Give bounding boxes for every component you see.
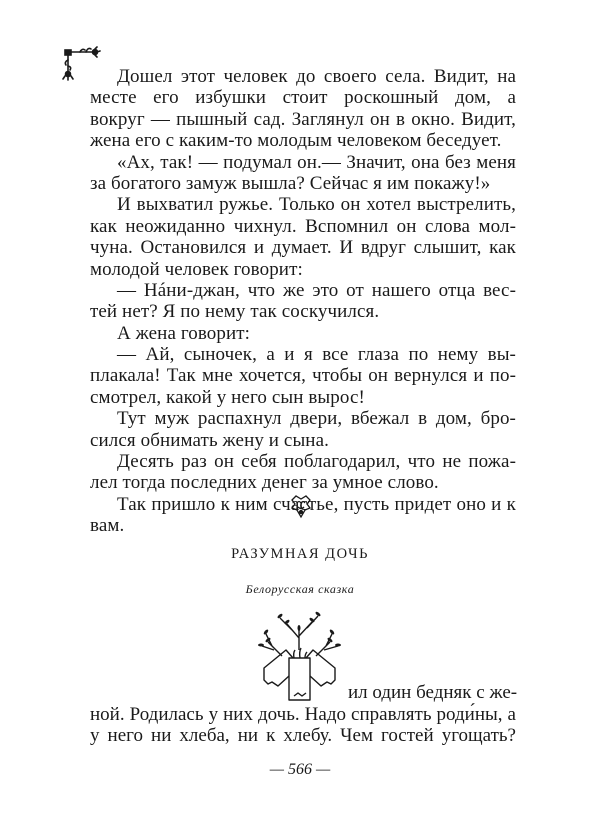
story-title: РАЗУМНАЯ ДОЧЬ <box>0 546 600 563</box>
text-line: — Ай, сыночек, а и я все глаза по нему в… <box>90 344 516 365</box>
text-line: чуна. Остановился и думает. И вдруг слыш… <box>90 237 516 258</box>
text-line: А жена говорит: <box>90 323 516 344</box>
text-line: как неожиданно чихнул. Вспомнил он слова… <box>90 216 516 237</box>
text-line: молодой человек говорит: <box>90 259 516 280</box>
text-line: месте его избушки стоит роскошный дом, а <box>90 87 516 108</box>
text-line: смотрел, какой у него сын вырос! <box>90 387 516 408</box>
leaf-divider-ornament-icon <box>290 494 312 520</box>
text-line: тей нет? Я по нему так соскучился. <box>90 301 516 322</box>
story-line: у него ни хлеба, ни к хлебу. Чем гостей … <box>90 725 516 746</box>
story-subtitle: Белорусская сказка <box>0 582 600 597</box>
text-line: Десять раз он себя поблагодарил, что не … <box>90 451 516 472</box>
new-story-text: ил один бедняк с же- ной. Родилась у них… <box>90 682 516 747</box>
story-line: ной. Родилась у них дочь. Надо справлять… <box>90 704 516 725</box>
text-line: жена его с каким-то молодым человеком бе… <box>90 130 516 151</box>
text-line: «Ах, так! — подумал он.— Значит, она без… <box>90 152 516 173</box>
text-line: И выхватил ружье. Только он хотел выстре… <box>90 194 516 215</box>
text-line: вокруг — пышный сад. Заглянул он в окно.… <box>90 109 516 130</box>
text-line: Тут муж распахнул двери, вбежал в дом, б… <box>90 408 516 429</box>
text-line: за богатого замуж вышла? Сейчас я им пок… <box>90 173 516 194</box>
text-line: сился обнимать жену и сына. <box>90 430 516 451</box>
book-page: Дошел этот человек до своего села. Видит… <box>0 0 600 830</box>
text-line: лел тогда последних денег за умное слово… <box>90 472 516 493</box>
story-first-line: ил один бедняк с же- <box>90 682 516 704</box>
previous-story-text: Дошел этот человек до своего села. Видит… <box>90 66 516 537</box>
page-number: — 566 — <box>0 761 600 779</box>
text-line: — Нáни-джан, что же это от нашего отца в… <box>90 280 516 301</box>
text-line: плакала! Так мне хочется, чтобы он верну… <box>90 365 516 386</box>
text-line: Дошел этот человек до своего села. Видит… <box>90 66 516 87</box>
